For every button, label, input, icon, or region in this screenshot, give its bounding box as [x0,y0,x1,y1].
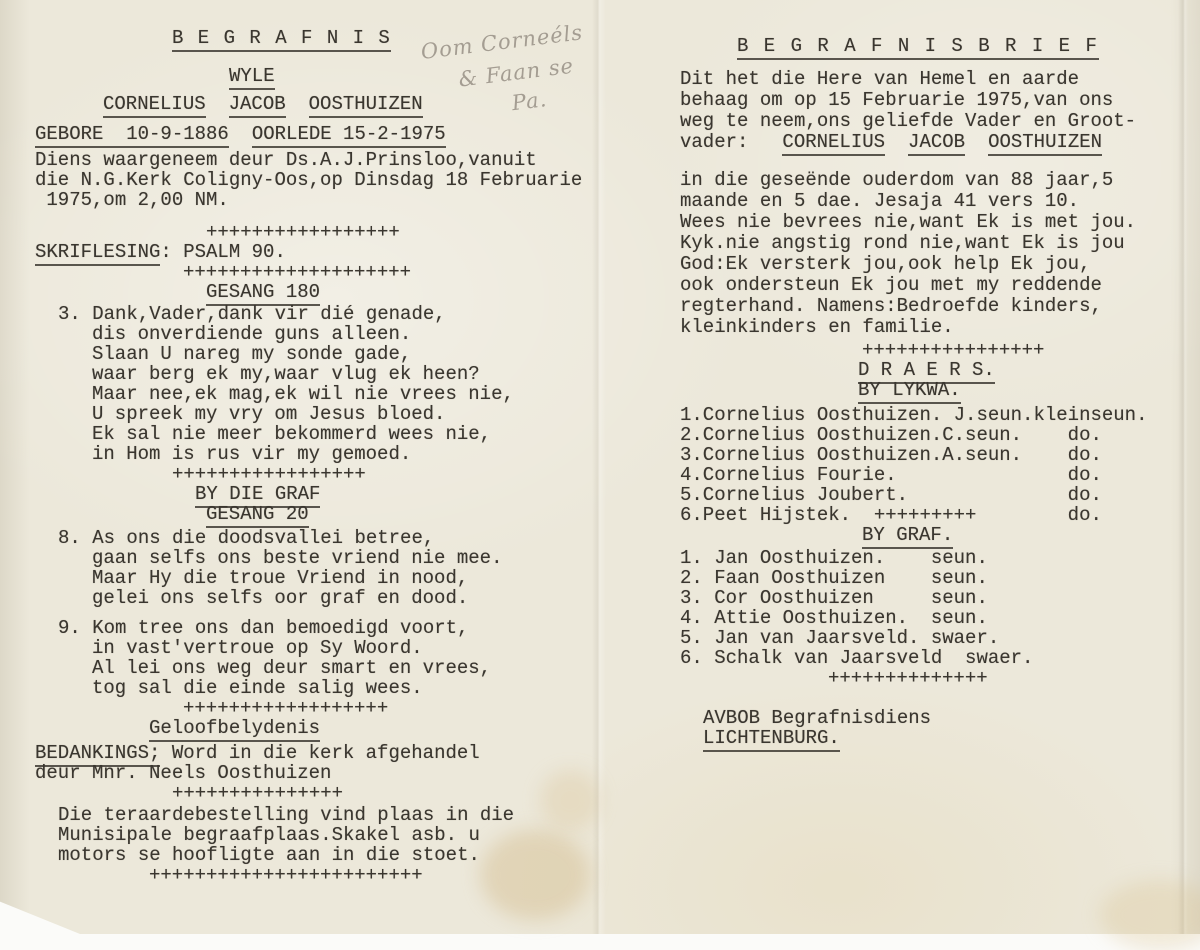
verse-line: gaan selfs ons beste vriend nie mee. [35,548,615,568]
avbob-line: AVBOB Begrafnisdiens [680,708,1185,728]
right-page: B E G R A F N I S B R I E F Dit het die … [680,0,1185,748]
begrafnis-title-text: B E G R A F N I S [172,27,391,52]
body-line: ook ondersteun Ek jou met my reddende [680,275,1185,296]
closing-line: motors se hoofligte aan in die stoet. [35,845,615,865]
pallbearer-row: 6.Peet Hijstek. +++++++++ do. [680,505,1185,525]
gesang-180-verse: 3. Dank,Vader,dank vir dié genade, dis o… [35,304,615,464]
divider: ++++++++++++++++++ [35,698,615,718]
body-paragraph: in die geseënde ouderdom van 88 jaar,5 m… [680,170,1185,338]
closing-line: Munisipale begraafplaas.Skakel asb. u [35,825,615,845]
verse-line: Maar nee,ek mag,ek wil nie vrees nie, [35,384,615,404]
vader-name-line: vader:CORNELIUSJACOBOOSTHUIZEN [680,132,1185,153]
begrafnisbrief-title: B E G R A F N I S B R I E F [680,36,1185,56]
verse-line: gelei ons selfs oor graf en dood. [35,588,615,608]
verse-line: waar berg ek my,waar vlug ek heen? [35,364,615,384]
verse-line: Al lei ons weg deur smart en vrees, [35,658,615,678]
by-die-graf-heading: BY DIE GRAF [35,484,615,504]
body-line: regterhand. Namens:Bedroefde kinders, [680,296,1185,317]
by-lykwa-text: BY LYKWA. [858,379,961,404]
skriflesing-line: SKRIFLESING: PSALM 90. [35,242,615,262]
body-line: Kyk.nie angstig rond nie,want Ek is jou [680,233,1185,254]
verse-line: in vast'vertroue op Sy Woord. [35,638,615,658]
bedankings-paragraph: BEDANKINGS; Word in die kerk afgehandel … [35,743,615,783]
graveside-bearer-row: 4. Attie Oosthuizen. seun. [680,608,1185,628]
divider: ++++++++++++++++++++++++ [35,865,615,885]
graveside-bearer-list: 1. Jan Oosthuizen. seun. 2. Faan Oosthui… [680,548,1185,688]
body-line: in die geseënde ouderdom van 88 jaar,5 [680,170,1185,191]
graveside-bearer-row: 2. Faan Oosthuizen seun. [680,568,1185,588]
body-line: Wees nie bevrees nie,want Ek is met jou. [680,212,1185,233]
lichtenburg-line: LICHTENBURG. [680,728,1185,748]
closing-paragraph: Die teraardebestelling vind plaas in die… [35,805,615,865]
verse-line: Ek sal nie meer bekommerd wees nie, [35,424,615,444]
divider: +++++++++++++++ [35,783,615,803]
verse-line: 8. As ons die doodsvallei betree, [35,528,615,548]
dates-line: GEBORE 10-9-1886OORLEDE 15-2-1975 [35,124,615,144]
wyle-text: WYLE [229,65,275,90]
divider: ++++++++++++++ [680,668,1185,688]
bedankings-value: Word in die kerk afgehandel [160,742,479,764]
divider: ++++++++++++++++ [680,340,1185,360]
deceased-middle-name: JACOB [908,131,965,156]
service-line: die N.G.Kerk Coligny-Oos,op Dinsdag 18 F… [35,170,615,190]
body-line: God:Ek versterk jou,ook help Ek jou, [680,254,1185,275]
gesang-20-heading: GESANG 20 [35,504,615,524]
pallbearer-row: 1.Cornelius Oosthuizen. J.seun.kleinseun… [680,405,1185,425]
lichtenburg-text: LICHTENBURG. [703,727,840,752]
deceased-middle-name: JACOB [229,93,286,118]
graveside-bearer-row: 3. Cor Oosthuizen seun. [680,588,1185,608]
begrafnisbrief-title-text: B E G R A F N I S B R I E F [737,35,1099,60]
intro-line: behaag om op 15 Februarie 1975,van ons [680,90,1185,111]
draers-heading: D R A E R S. [680,360,1185,380]
left-page: B E G R A F N I S WYLE CORNELIUSJACOBOOS… [35,0,615,885]
intro-line: weg te neem,ons geliefde Vader en Groot- [680,111,1185,132]
pallbearer-row: 2.Cornelius Oosthuizen.C.seun. do. [680,425,1185,445]
verse-line: 3. Dank,Vader,dank vir dié genade, [35,304,615,324]
divider: +++++++++++++++++ [35,222,615,242]
deceased-surname: OOSTHUIZEN [309,93,423,118]
graveside-bearer-row: 5. Jan van Jaarsveld. swaer. [680,628,1185,648]
verse-line: dis onverdiende guns alleen. [35,324,615,344]
by-graf-text: BY GRAF. [862,524,953,549]
pallbearer-row: 4.Cornelius Fourie. do. [680,465,1185,485]
divider: +++++++++++++++++ [35,464,615,484]
geloofbelydenis-text: Geloofbelydenis [149,717,320,742]
verse-line: Maar Hy die troue Vriend in nood, [35,568,615,588]
paper-sheet: B E G R A F N I S WYLE CORNELIUSJACOBOOS… [0,0,1200,934]
graveside-bearer-row: 6. Schalk van Jaarsveld swaer. [680,648,1185,668]
bedankings-line: deur Mnr. Neels Oosthuizen [35,763,615,783]
born-date: GEBORE 10-9-1886 [35,123,229,148]
service-line: 1975,om 2,00 NM. [35,190,615,210]
torn-corner [0,898,80,934]
by-graf-heading: BY GRAF. [680,525,1185,545]
verse-line: in Hom is rus vir my gemoed. [35,444,615,464]
closing-line: Die teraardebestelling vind plaas in die [35,805,615,825]
graveside-bearer-row: 1. Jan Oosthuizen. seun. [680,548,1185,568]
service-paragraph: Diens waargeneem deur Ds.A.J.Prinsloo,va… [35,150,615,210]
bedankings-line: BEDANKINGS; Word in die kerk afgehandel [35,743,615,763]
by-lykwa-heading: BY LYKWA. [680,380,1185,400]
geloofbelydenis-heading: Geloofbelydenis [35,718,615,738]
deceased-first-name: CORNELIUS [782,131,885,156]
service-line: Diens waargeneem deur Ds.A.J.Prinsloo,va… [35,150,615,170]
body-line: kleinkinders en familie. [680,317,1185,338]
pallbearer-row: 5.Cornelius Joubert. do. [680,485,1185,505]
gesang-180-heading: GESANG 180 [35,282,615,302]
deceased-surname: OOSTHUIZEN [988,131,1102,156]
pallbearer-row: 3.Cornelius Oosthuizen.A.seun. do. [680,445,1185,465]
intro-line: Dit het die Here van Hemel en aarde [680,69,1185,90]
died-date: OORLEDE 15-2-1975 [252,123,446,148]
intro-paragraph: Dit het die Here van Hemel en aarde beha… [680,69,1185,153]
skriflesing-value: : PSALM 90. [160,241,285,263]
deceased-first-name: CORNELIUS [103,93,206,118]
skriflesing-label: SKRIFLESING [35,241,160,266]
gesang-20-verse-8: 8. As ons die doodsvallei betree, gaan s… [35,528,615,608]
body-line: maande en 5 dae. Jesaja 41 vers 10. [680,191,1185,212]
pallbearer-list: 1.Cornelius Oosthuizen. J.seun.kleinseun… [680,405,1185,525]
verse-line: 9. Kom tree ons dan bemoedigd voort, [35,618,615,638]
verse-line: tog sal die einde salig wees. [35,678,615,698]
stain [1100,880,1200,950]
vader-label: vader: [680,131,748,153]
verse-line: U spreek my vry om Jesus bloed. [35,404,615,424]
gesang-20-verse-9: 9. Kom tree ons dan bemoedigd voort, in … [35,618,615,698]
verse-line: Slaan U nareg my sonde gade, [35,344,615,364]
gesang-20-text: GESANG 20 [206,503,309,528]
